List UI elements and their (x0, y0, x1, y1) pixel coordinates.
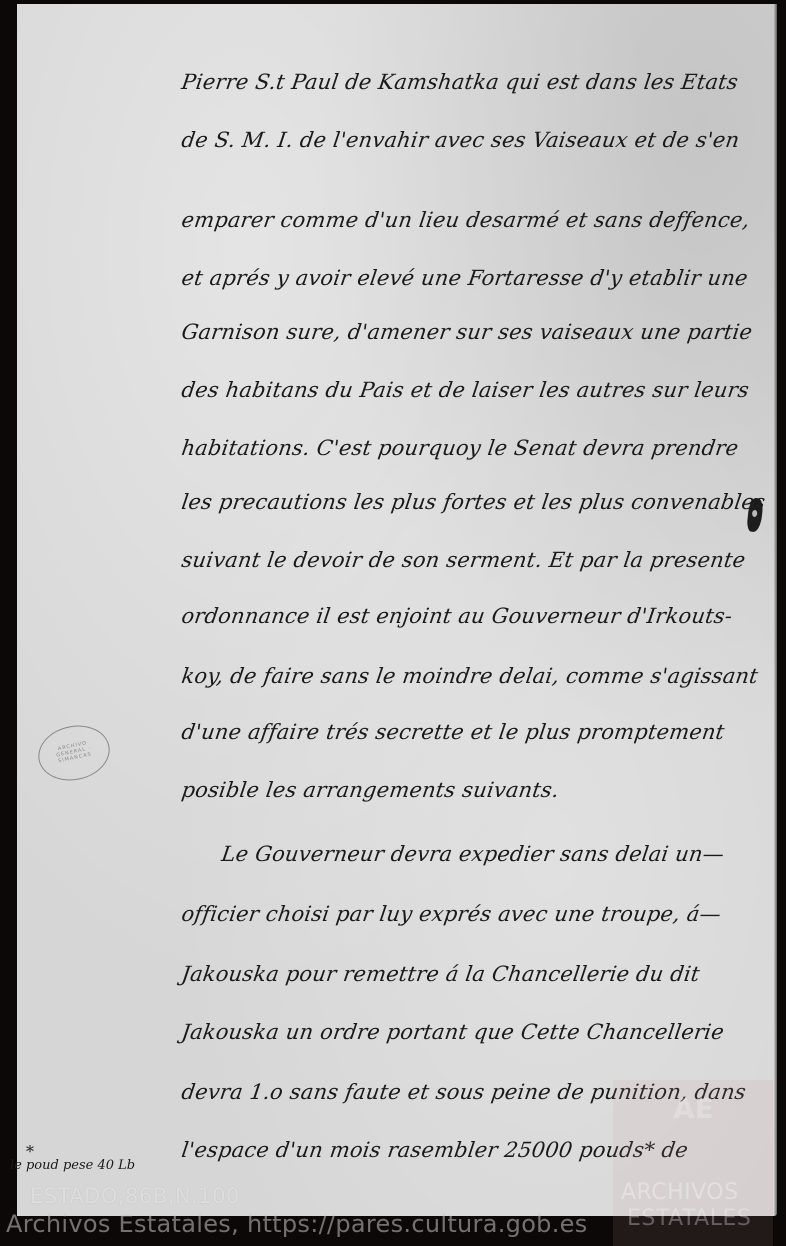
text-line: Le Gouverneur devra expedier sans delai … (220, 842, 726, 866)
text-line: posible les arrangements suivants. (180, 778, 561, 802)
logo-text-line2: ESTATALES (627, 1206, 751, 1231)
margin-footnote: * le poud pese 40 Lb (10, 1143, 135, 1173)
text-line: et aprés y avoir elevé une Fortaresse d'… (180, 266, 749, 290)
text-line: suivant le devoir de son serment. Et par… (180, 548, 747, 572)
text-line: Garnison sure, d'amener sur ses vaiseaux… (180, 320, 754, 344)
text-line: les precautions les plus fortes et les p… (180, 490, 767, 514)
footnote-text: le poud pese 40 Lb (10, 1158, 135, 1173)
text-line: de S. M. I. de l'envahir avec ses Vaisea… (180, 128, 741, 152)
text-line: d'une affaire trés secrette et le plus p… (180, 720, 726, 744)
text-line: des habitans du Pais et de laiser les au… (180, 378, 751, 402)
archive-reference: ESTADO,86B,N.100 (30, 1184, 240, 1208)
text-line: Pierre S.t Paul de Kamshatka qui est dan… (180, 70, 740, 94)
stamp-text: ARCHIVO GENERAL · SIMANCAS (47, 738, 100, 766)
page-edge (774, 4, 777, 1216)
text-line: ordonnance il est enjoint au Gouverneur … (180, 604, 734, 628)
text-line: emparer comme d'un lieu desarmé et sans … (180, 208, 751, 232)
text-line: habitations. C'est pourquoy le Senat dev… (180, 436, 740, 460)
text-line: Jakouska pour remettre á la Chancellerie… (180, 962, 701, 986)
archive-logo-watermark: AE ARCHIVOS ESTATALES (613, 1080, 773, 1246)
logo-text-line1: ARCHIVOS (621, 1180, 739, 1205)
logo-mark: AE (673, 1092, 714, 1125)
text-line: Jakouska un ordre portant que Cette Chan… (180, 1020, 726, 1044)
archive-source: Archivos Estatales, https://pares.cultur… (6, 1210, 588, 1238)
text-line: officier choisi par luy exprés avec une … (180, 902, 723, 926)
text-line: koy, de faire sans le moindre delai, com… (180, 664, 760, 688)
